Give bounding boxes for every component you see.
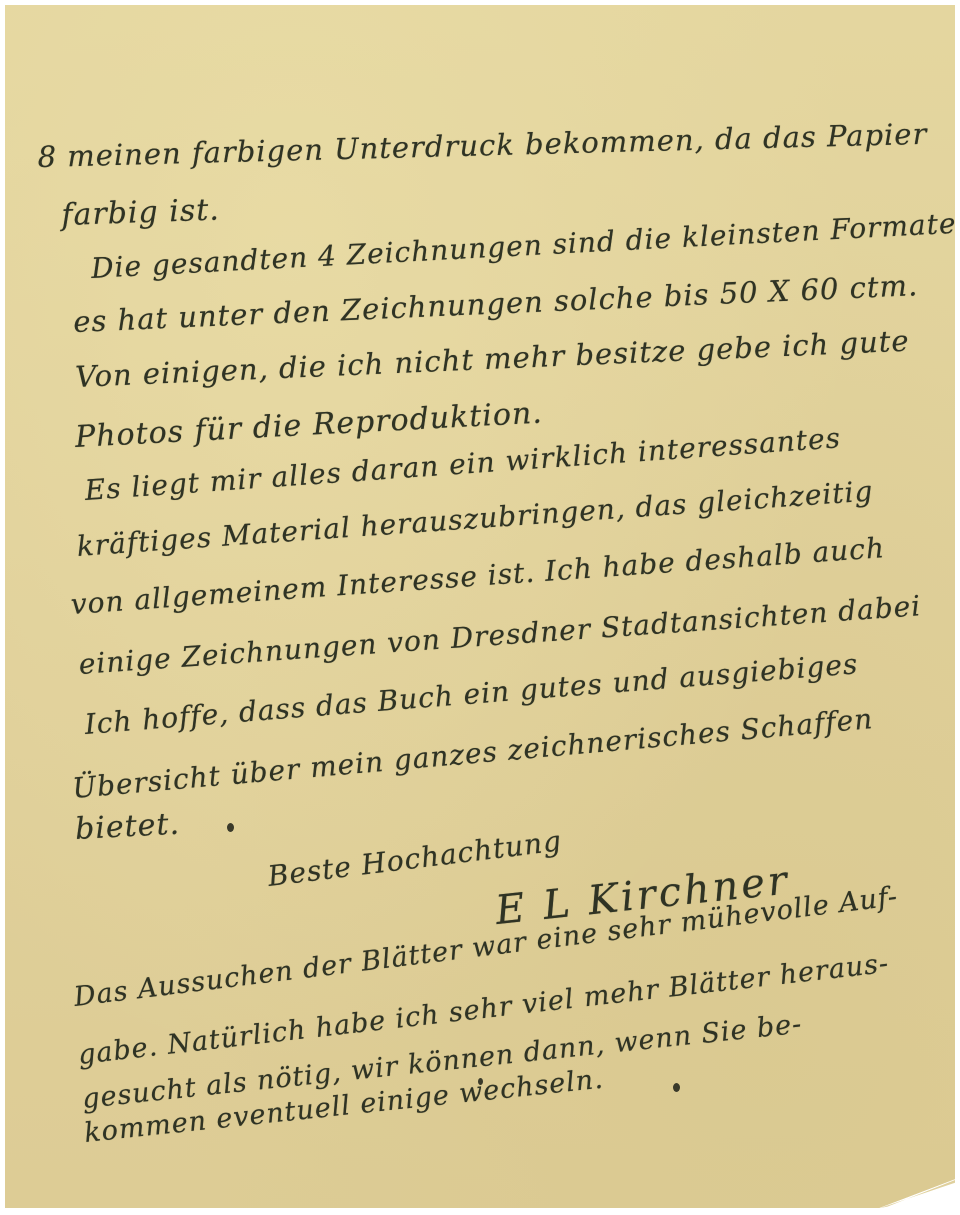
ink-speck [227,823,234,832]
ink-speck [673,1083,680,1092]
letter-line: bietet. [74,807,181,847]
ink-speck [478,1078,483,1085]
letter-line: farbig ist. [61,192,221,233]
